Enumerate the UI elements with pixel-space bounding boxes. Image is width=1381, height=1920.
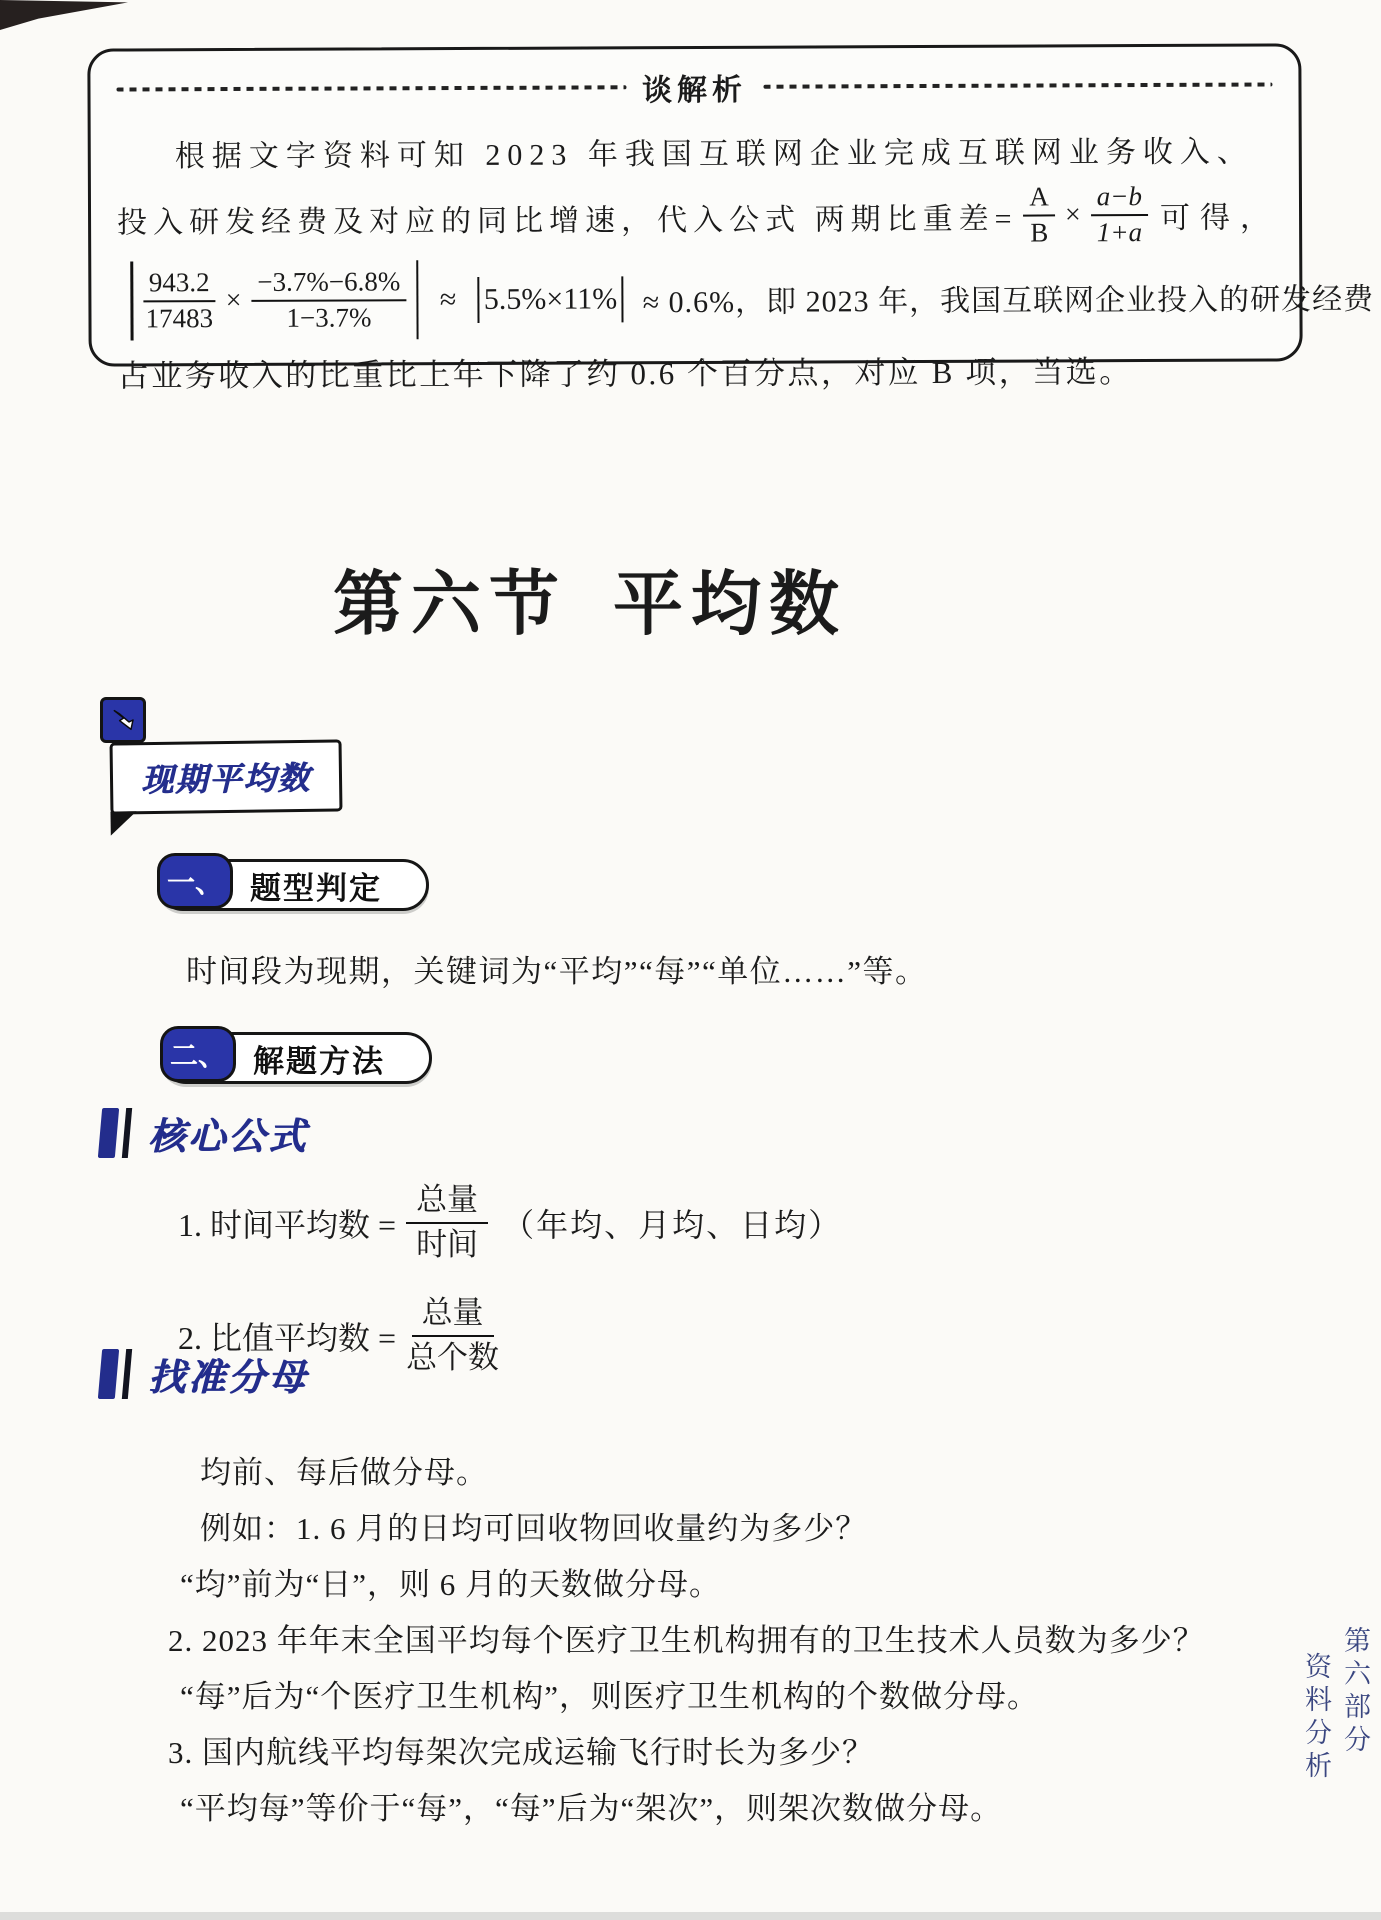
absolute-value-group-2: 5.5%×11% [468,276,632,323]
scan-corner-artifact [0,0,128,30]
analysis-box: 谈解析 根据文字资料可知 2023 年我国互联网企业完成互联网业务收入、 投入研… [87,43,1302,366]
line3-tail-text: ≈ 0.6%，即 2023 年，我国互联网企业投入的研发经费 [643,274,1375,321]
scanned-textbook-page: { "analysis_box": { "header": "谈解析", "p1… [0,0,1381,1920]
tab-fold-corner [110,811,136,835]
fraction-a-minus-b-over-1-plus-a: a−b 1+a [1091,181,1149,249]
analysis-title: 谈解析 [642,65,747,109]
subheading-core-formula: 核心公式 [100,1106,308,1160]
marker-bar-thick [98,1349,119,1399]
subheading-text: 核心公式 [148,1106,308,1160]
page-margin-part-label: 第六部分 资料分析 [1297,1626,1375,1920]
part-number: 第六部分 [1340,1626,1370,1758]
line2-text-end: 可得， [1160,192,1280,237]
example-line: 均前、每后做分母。 [160,1445,1120,1501]
formula-suffix: （年均、月均、日均） [502,1200,842,1246]
pill-number-badge: 二、 [160,1026,236,1082]
part-subject: 资料分析 [1297,1652,1336,1784]
marker-bar-thin [122,1108,132,1158]
dashed-rule-left [116,85,626,91]
formula-time-average: 1. 时间平均数 = 总量 时间 （年均、月均、日均） [178,1182,842,1263]
example-line: “每”后为“个医疗卫生机构”，则医疗卫生机构的个数做分母。 [160,1669,1120,1725]
pill-title: 题型判定 [250,863,382,908]
marker-bar-thick [98,1108,119,1158]
formula-prefix: 1. 时间平均数 = [178,1200,396,1246]
example-line: 3. 国内航线平均每架次完成运输飞行时长为多少？ [160,1725,1120,1781]
section-number: 第六节 [333,567,567,644]
heading-pill-solution-method: 二、 解题方法 [160,1032,432,1084]
example-line: “均”前为“日”，则 6 月的天数做分母。 [160,1557,1120,1613]
line2-text: 投入研发经费及对应的同比增速，代入公式 两期比重差= [117,193,1018,241]
analysis-paragraph-line2: 投入研发经费及对应的同比增速，代入公式 两期比重差= A B × a−b 1+a… [117,180,1273,253]
fraction-A-over-B: A B [1023,181,1055,249]
page-bottom-edge [0,1912,1381,1920]
question-type-body-text: 时间段为现期，关键词为“平均”“每”“单位……”等。 [186,946,928,991]
topic-tab: 现期平均数 [110,739,343,814]
denominator-example-lines: 均前、每后做分母。 例如：1. 6 月的日均可回收物回收量约为多少？ “均”前为… [160,1445,1120,1837]
example-line: 例如：1. 6 月的日均可回收物回收量约为多少？ [160,1501,1120,1557]
analysis-paragraph-line1: 根据文字资料可知 2023 年我国互联网企业完成互联网业务收入、 [117,126,1273,175]
multiply-operator: × [1065,199,1081,231]
analysis-formula-line3: 943.2 17483 × −3.7%−6.8% 1−3.7% ≈ 5.5%×1… [117,256,1273,341]
analysis-header: 谈解析 [116,62,1272,111]
example-line: “平均每”等价于“每”，“每”后为“架次”，则架次数做分母。 [160,1781,1120,1837]
section-name: 平均数 [613,567,847,644]
dashed-rule-right [763,82,1273,88]
analysis-paragraph-line4: 占业务收入的比重比上年下降了约 0.6 个百分点，对应 B 项，当选。 [118,346,1274,396]
subheading-find-denominator: 找准分母 [100,1347,308,1401]
arrow-down-right-icon [100,697,146,743]
pill-number-badge: 一、 [157,853,233,909]
example-line: 2. 2023 年年末全国平均每个医疗卫生机构拥有的卫生技术人员数为多少？ [160,1613,1120,1669]
approx-operator: ≈ [440,283,457,317]
topic-tab-label: 现期平均数 [141,753,312,801]
subheading-text: 找准分母 [148,1347,308,1401]
multiply-operator: × [226,285,242,317]
fraction-total-over-count: 总量 总个数 [406,1295,499,1376]
marker-bar-thin [122,1349,132,1399]
pill-title: 解题方法 [253,1036,385,1081]
section-title: 第六节平均数 [30,548,1150,649]
fraction-growth-rates: −3.7%−6.8% 1−3.7% [251,266,406,334]
fraction-total-over-time: 总量 时间 [406,1182,488,1263]
absolute-value-group-1: 943.2 17483 × −3.7%−6.8% 1−3.7% [121,260,428,341]
heading-pill-question-type: 一、 题型判定 [157,859,429,911]
fraction-943-over-17483: 943.2 17483 [143,267,216,335]
